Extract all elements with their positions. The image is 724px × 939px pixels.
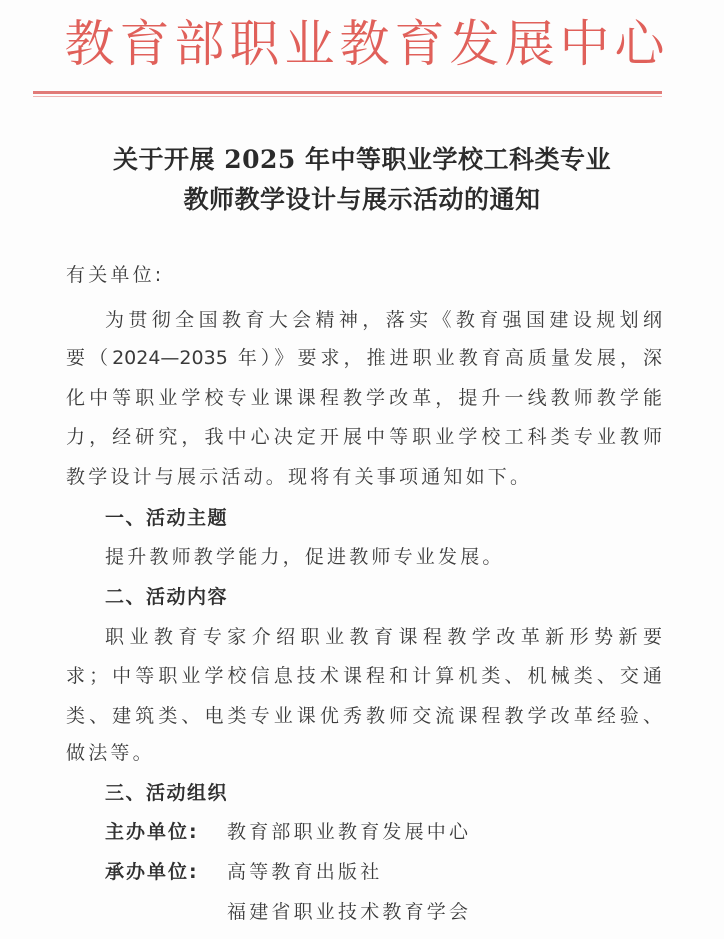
section-content-line: 类、建筑类、电类专业课优秀教师交流课程教学改革经验、 xyxy=(66,702,662,730)
letterhead-red-rule xyxy=(33,91,662,99)
document-title-line-2: 教师教学设计与展示活动的通知 xyxy=(0,183,724,217)
letterhead-org-name: 教育部职业教育发展中心 xyxy=(0,8,724,80)
intro-paragraph-line: 教学设计与展示活动。现将有关事项通知如下。 xyxy=(66,463,662,491)
red-rule-thick xyxy=(33,91,662,94)
document-title-line-1: 关于开展 2025 年中等职业学校工科类专业 xyxy=(0,143,724,177)
co-organizer-value: 福建省职业技术教育学会 xyxy=(227,901,471,923)
co-organizer-value: 高等教育出版社 xyxy=(227,861,382,883)
section-content-line: 职业教育专家介绍职业教育课程教学改革新形势新要 xyxy=(105,623,662,651)
intro-paragraph-line: 要（2024—2035 年）》要求，推进职业教育高质量发展，深 xyxy=(66,344,662,372)
organizer-value: 教育部职业教育发展中心 xyxy=(227,821,471,843)
intro-paragraph-line: 力，经研究，我中心决定开展中等职业学校工科类专业教师 xyxy=(66,423,662,451)
section-content-line: 求；中等职业学校信息技术课程和计算机类、机械类、交通 xyxy=(66,662,662,690)
co-organizer-row-2: 福建省职业技术教育学会 xyxy=(105,898,471,926)
co-organizer-label: 承办单位: xyxy=(105,858,227,886)
section-heading-organization: 三、活动组织 xyxy=(105,779,701,807)
organizer-label: 主办单位: xyxy=(105,818,227,846)
document-page: 教育部职业教育发展中心 关于开展 2025 年中等职业学校工科类专业 教师教学设… xyxy=(0,0,724,939)
red-rule-thin xyxy=(33,96,662,97)
intro-paragraph-line: 为贯彻全国教育大会精神，落实《教育强国建设规划纲 xyxy=(105,306,662,334)
section-heading-theme: 一、活动主题 xyxy=(105,504,701,532)
intro-paragraph-line: 化中等职业学校专业课课程教学改革，提升一线教师教学能 xyxy=(66,384,662,412)
organizer-row: 主办单位:教育部职业教育发展中心 xyxy=(105,818,471,846)
section-content-line: 做法等。 xyxy=(66,739,662,767)
section-heading-content: 二、活动内容 xyxy=(105,583,701,611)
salutation: 有关单位: xyxy=(66,261,662,289)
section-theme-text: 提升教师教学能力，促进教师专业发展。 xyxy=(105,543,662,571)
co-organizer-row: 承办单位:高等教育出版社 xyxy=(105,858,382,886)
